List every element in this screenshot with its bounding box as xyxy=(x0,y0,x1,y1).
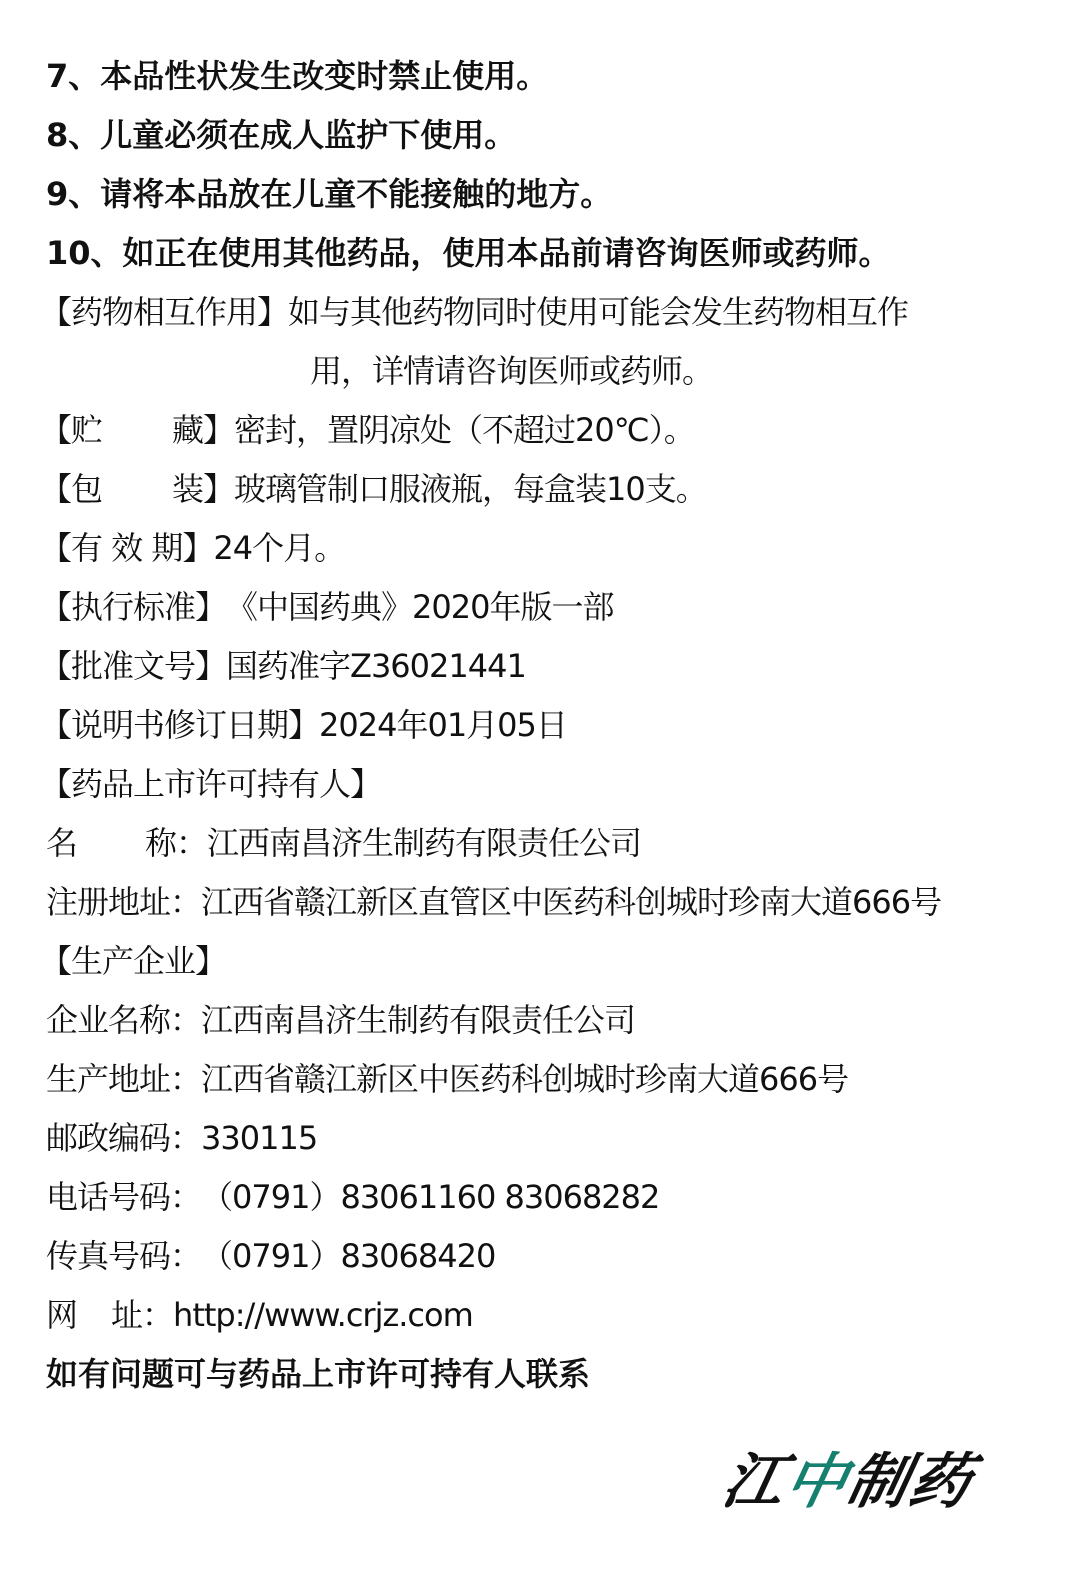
manufacturer-address-value: 江西省赣江新区中医药科创城时珍南大道666号 xyxy=(201,1060,848,1098)
package-label-a: 【包 xyxy=(40,469,102,509)
standard-row: 【执行标准】《中国药典》2020年版一部 xyxy=(40,587,613,627)
holder-name-row: 名称：江西南昌济生制药有限责任公司 xyxy=(46,823,641,863)
package-row: 【包装】玻璃管制口服液瓶，每盒装10支。 xyxy=(40,469,707,509)
website-row: 网址：http://www.crjz.com xyxy=(46,1295,473,1335)
note-10: 10、如正在使用其他药品，使用本品前请咨询医师或药师。 xyxy=(46,233,891,273)
manufacturer-name-label: 企业名称： xyxy=(46,1000,201,1040)
manufacturer-heading: 【生产企业】 xyxy=(40,941,226,981)
manufacturer-name-row: 企业名称：江西南昌济生制药有限责任公司 xyxy=(46,1000,635,1040)
phone-label: 电话号码： xyxy=(46,1177,201,1217)
phone-value: （0791）83061160 83068282 xyxy=(201,1178,659,1216)
revision-label: 【说明书修订日期】 xyxy=(40,705,319,745)
fax-row: 传真号码：（0791）83068420 xyxy=(46,1236,495,1276)
holder-address-row: 注册地址：江西省赣江新区直管区中医药科创城时珍南大道666号 xyxy=(46,882,941,922)
company-logo: 江中制药 xyxy=(717,1448,1031,1516)
storage-value: 密封，置阴凉处（不超过20℃）。 xyxy=(234,411,695,449)
standard-value: 《中国药典》2020年版一部 xyxy=(226,588,613,626)
manufacturer-address-label: 生产地址： xyxy=(46,1059,201,1099)
package-label-b: 装】 xyxy=(172,469,234,509)
standard-label: 【执行标准】 xyxy=(40,587,226,627)
package-insert-page: 7、本品性状发生改变时禁止使用。 8、儿童必须在成人监护下使用。 9、请将本品放… xyxy=(0,0,1089,1574)
note-7: 7、本品性状发生改变时禁止使用。 xyxy=(46,56,548,96)
phone-row: 电话号码：（0791）83061160 83068282 xyxy=(46,1177,659,1217)
holder-heading: 【药品上市许可持有人】 xyxy=(40,764,381,804)
interaction-row: 【药物相互作用】如与其他药物同时使用可能会发生药物相互作 xyxy=(40,292,908,332)
holder-address-value: 江西省赣江新区直管区中医药科创城时珍南大道666号 xyxy=(201,883,941,921)
revision-value: 2024年01月05日 xyxy=(319,706,567,744)
note-8: 8、儿童必须在成人监护下使用。 xyxy=(46,115,516,155)
note-9: 9、请将本品放在儿童不能接触的地方。 xyxy=(46,174,612,214)
storage-label-a: 【贮 xyxy=(40,410,102,450)
validity-value: 24个月。 xyxy=(213,529,345,567)
website-label-b: 址： xyxy=(111,1295,173,1335)
postcode-value: 330115 xyxy=(201,1119,317,1157)
interaction-text-1: 如与其他药物同时使用可能会发生药物相互作 xyxy=(288,293,908,331)
approval-row: 【批准文号】国药准字Z36021441 xyxy=(40,646,526,686)
validity-label: 【有 效 期】 xyxy=(40,528,213,568)
postcode-label: 邮政编码： xyxy=(46,1118,201,1158)
postcode-row: 邮政编码：330115 xyxy=(46,1118,317,1158)
contact-note: 如有问题可与药品上市许可持有人联系 xyxy=(46,1354,590,1394)
fax-label: 传真号码： xyxy=(46,1236,201,1276)
website-value: http://www.crjz.com xyxy=(173,1296,473,1334)
manufacturer-name-value: 江西南昌济生制药有限责任公司 xyxy=(201,1001,635,1039)
holder-name-label-b: 称： xyxy=(145,823,207,863)
interaction-label: 【药物相互作用】 xyxy=(40,292,288,332)
revision-row: 【说明书修订日期】2024年01月05日 xyxy=(40,705,567,745)
fax-value: （0791）83068420 xyxy=(201,1237,495,1275)
interaction-text-2: 用，详情请咨询医师或药师。 xyxy=(310,351,713,391)
website-label-a: 网 xyxy=(46,1295,77,1335)
approval-value: 国药准字Z36021441 xyxy=(226,647,526,685)
holder-address-label: 注册地址： xyxy=(46,882,201,922)
logo-text-zhiyao: 制药 xyxy=(841,1447,980,1517)
holder-name-value: 江西南昌济生制药有限责任公司 xyxy=(207,824,641,862)
storage-row: 【贮藏】密封，置阴凉处（不超过20℃）。 xyxy=(40,410,695,450)
manufacturer-address-row: 生产地址：江西省赣江新区中医药科创城时珍南大道666号 xyxy=(46,1059,848,1099)
approval-label: 【批准文号】 xyxy=(40,646,226,686)
holder-name-label-a: 名 xyxy=(46,823,77,863)
package-value: 玻璃管制口服液瓶，每盒装10支。 xyxy=(234,470,707,508)
storage-label-b: 藏】 xyxy=(172,410,234,450)
validity-row: 【有 效 期】24个月。 xyxy=(40,528,345,568)
